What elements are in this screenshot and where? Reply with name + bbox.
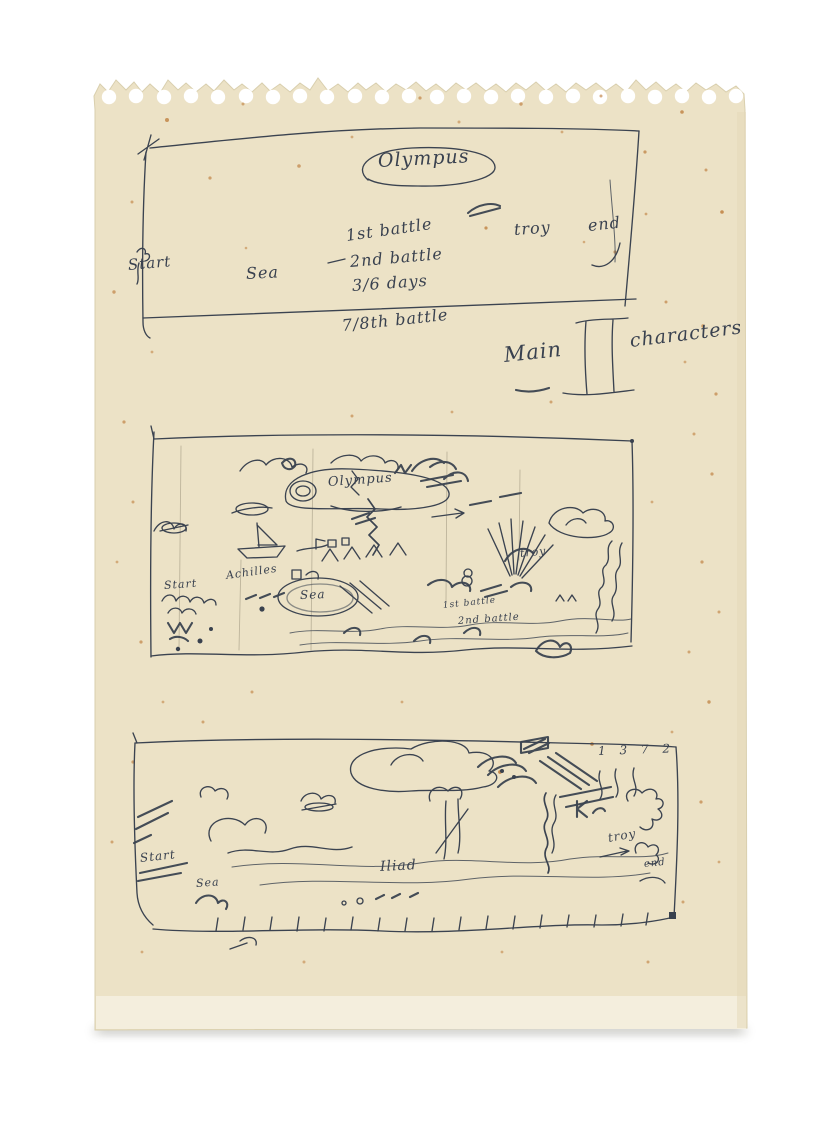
bottom-iliad-label: Iliad xyxy=(380,858,417,874)
top-end-label: end xyxy=(587,215,622,234)
middle-sea-label: Sea xyxy=(300,588,326,601)
paper-lower-strip xyxy=(96,996,746,1029)
top-troy-label: troy xyxy=(513,219,551,238)
bottom-sea-label: Sea xyxy=(196,876,220,889)
middle-troy-label: troy xyxy=(519,545,547,559)
top-sea-label: Sea xyxy=(246,264,280,282)
middle-start-label: Start xyxy=(164,578,198,591)
top-olympus-label: Olympus xyxy=(378,147,470,171)
photographed-sketch-page: Olympus 1st battle troy end 2nd battle 3… xyxy=(0,0,840,1131)
bottom-start-label: Start xyxy=(139,848,176,864)
top-start-label: Start xyxy=(127,254,172,273)
bottom-numbers-label: 1 3 7 2 xyxy=(598,742,675,757)
